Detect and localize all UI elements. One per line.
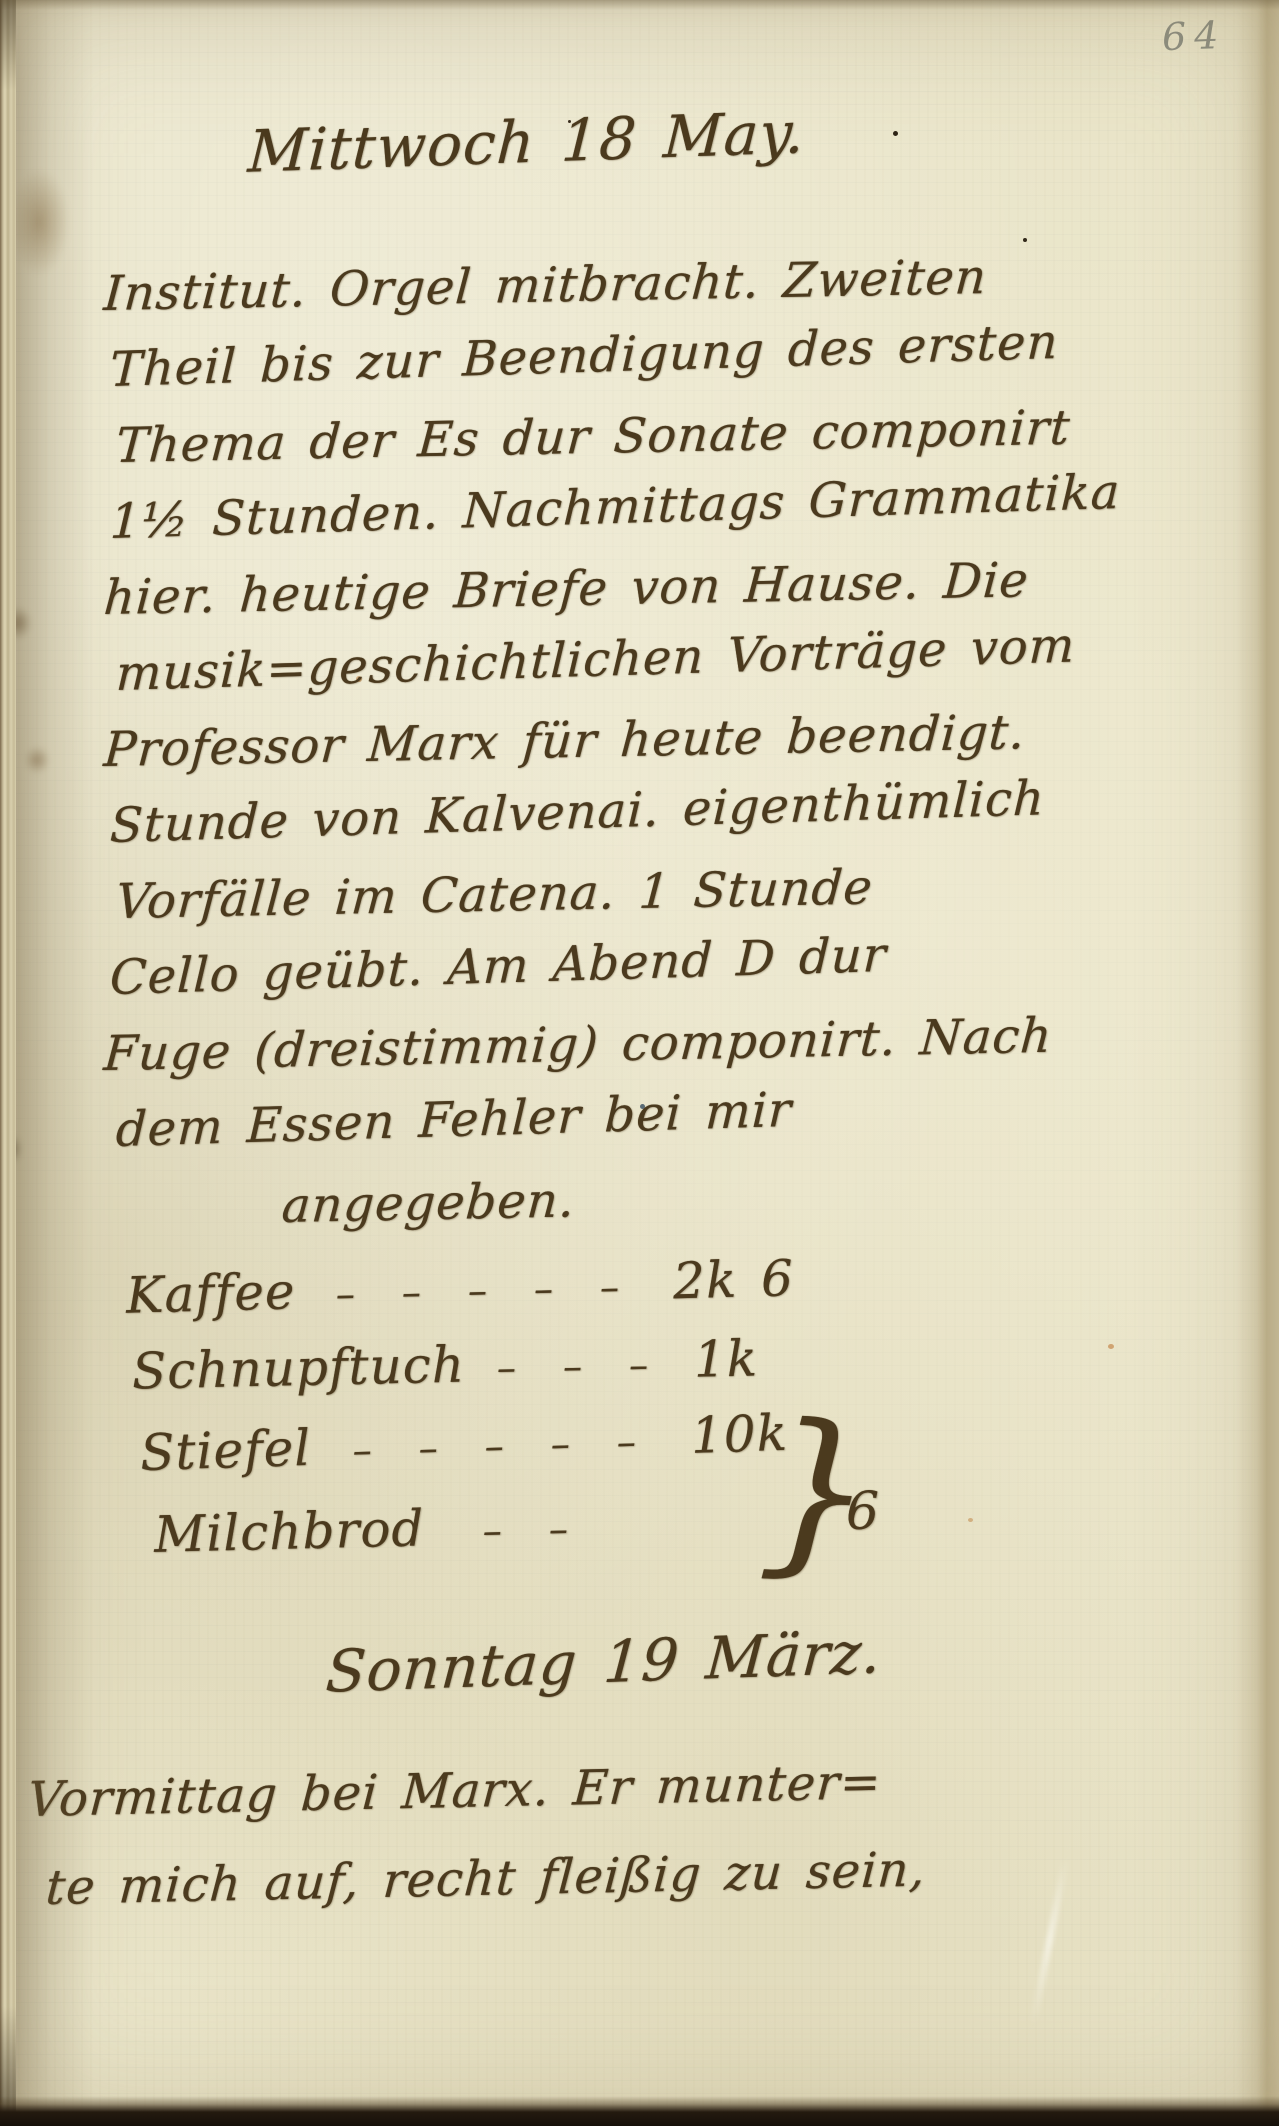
entry-1-date-heading: Mittwoch 18 May. — [246, 98, 806, 186]
expense-row: Schnupftuch – – – 1k — [131, 1329, 758, 1400]
expense-amount: 6 — [846, 1482, 880, 1542]
folio-number: 64 — [1161, 13, 1227, 59]
expense-label: Schnupftuch — [131, 1336, 465, 1401]
paper-speck — [893, 131, 898, 136]
expense-row: Milchbrod – – — [153, 1494, 640, 1564]
expense-amount: 1k — [693, 1329, 758, 1388]
paper-stain — [8, 168, 70, 276]
paper-speck — [1108, 1344, 1114, 1349]
expense-label: Kaffee — [125, 1262, 296, 1324]
scan-bottom-edge — [0, 2096, 1279, 2126]
expense-label: Stiefel — [139, 1419, 312, 1482]
manuscript-page: 64 Mittwoch 18 May. Institut. Orgel mitb… — [0, 0, 1279, 2126]
expense-amount: 2k 6 — [672, 1249, 794, 1310]
paper-stain — [24, 746, 50, 774]
entry-2-date-heading: Sonntag 19 März. — [324, 1618, 884, 1706]
manuscript-line: angegeben. — [279, 1150, 1216, 1244]
expense-row: Kaffee – – – – – 2k 6 — [125, 1249, 794, 1324]
entry-2-text: Vormittag bei Marx. Er munter= te mich a… — [28, 1756, 1248, 1932]
expense-dashes: – – – – – — [311, 1418, 692, 1474]
expense-row: Stiefel – – – – – 10k — [139, 1404, 789, 1482]
expense-dashes: – – – – – — [295, 1263, 674, 1317]
book-binding-edge — [0, 0, 16, 2126]
expense-label: Milchbrod — [153, 1499, 425, 1564]
expense-dashes: – – – — [464, 1342, 694, 1391]
paper-speck — [968, 1518, 973, 1522]
page-top-edge — [0, 0, 1279, 10]
expense-dashes: – – — [424, 1505, 641, 1554]
entry-1-text: Institut. Orgel mitbracht. Zweiten Theil… — [104, 256, 1214, 1244]
